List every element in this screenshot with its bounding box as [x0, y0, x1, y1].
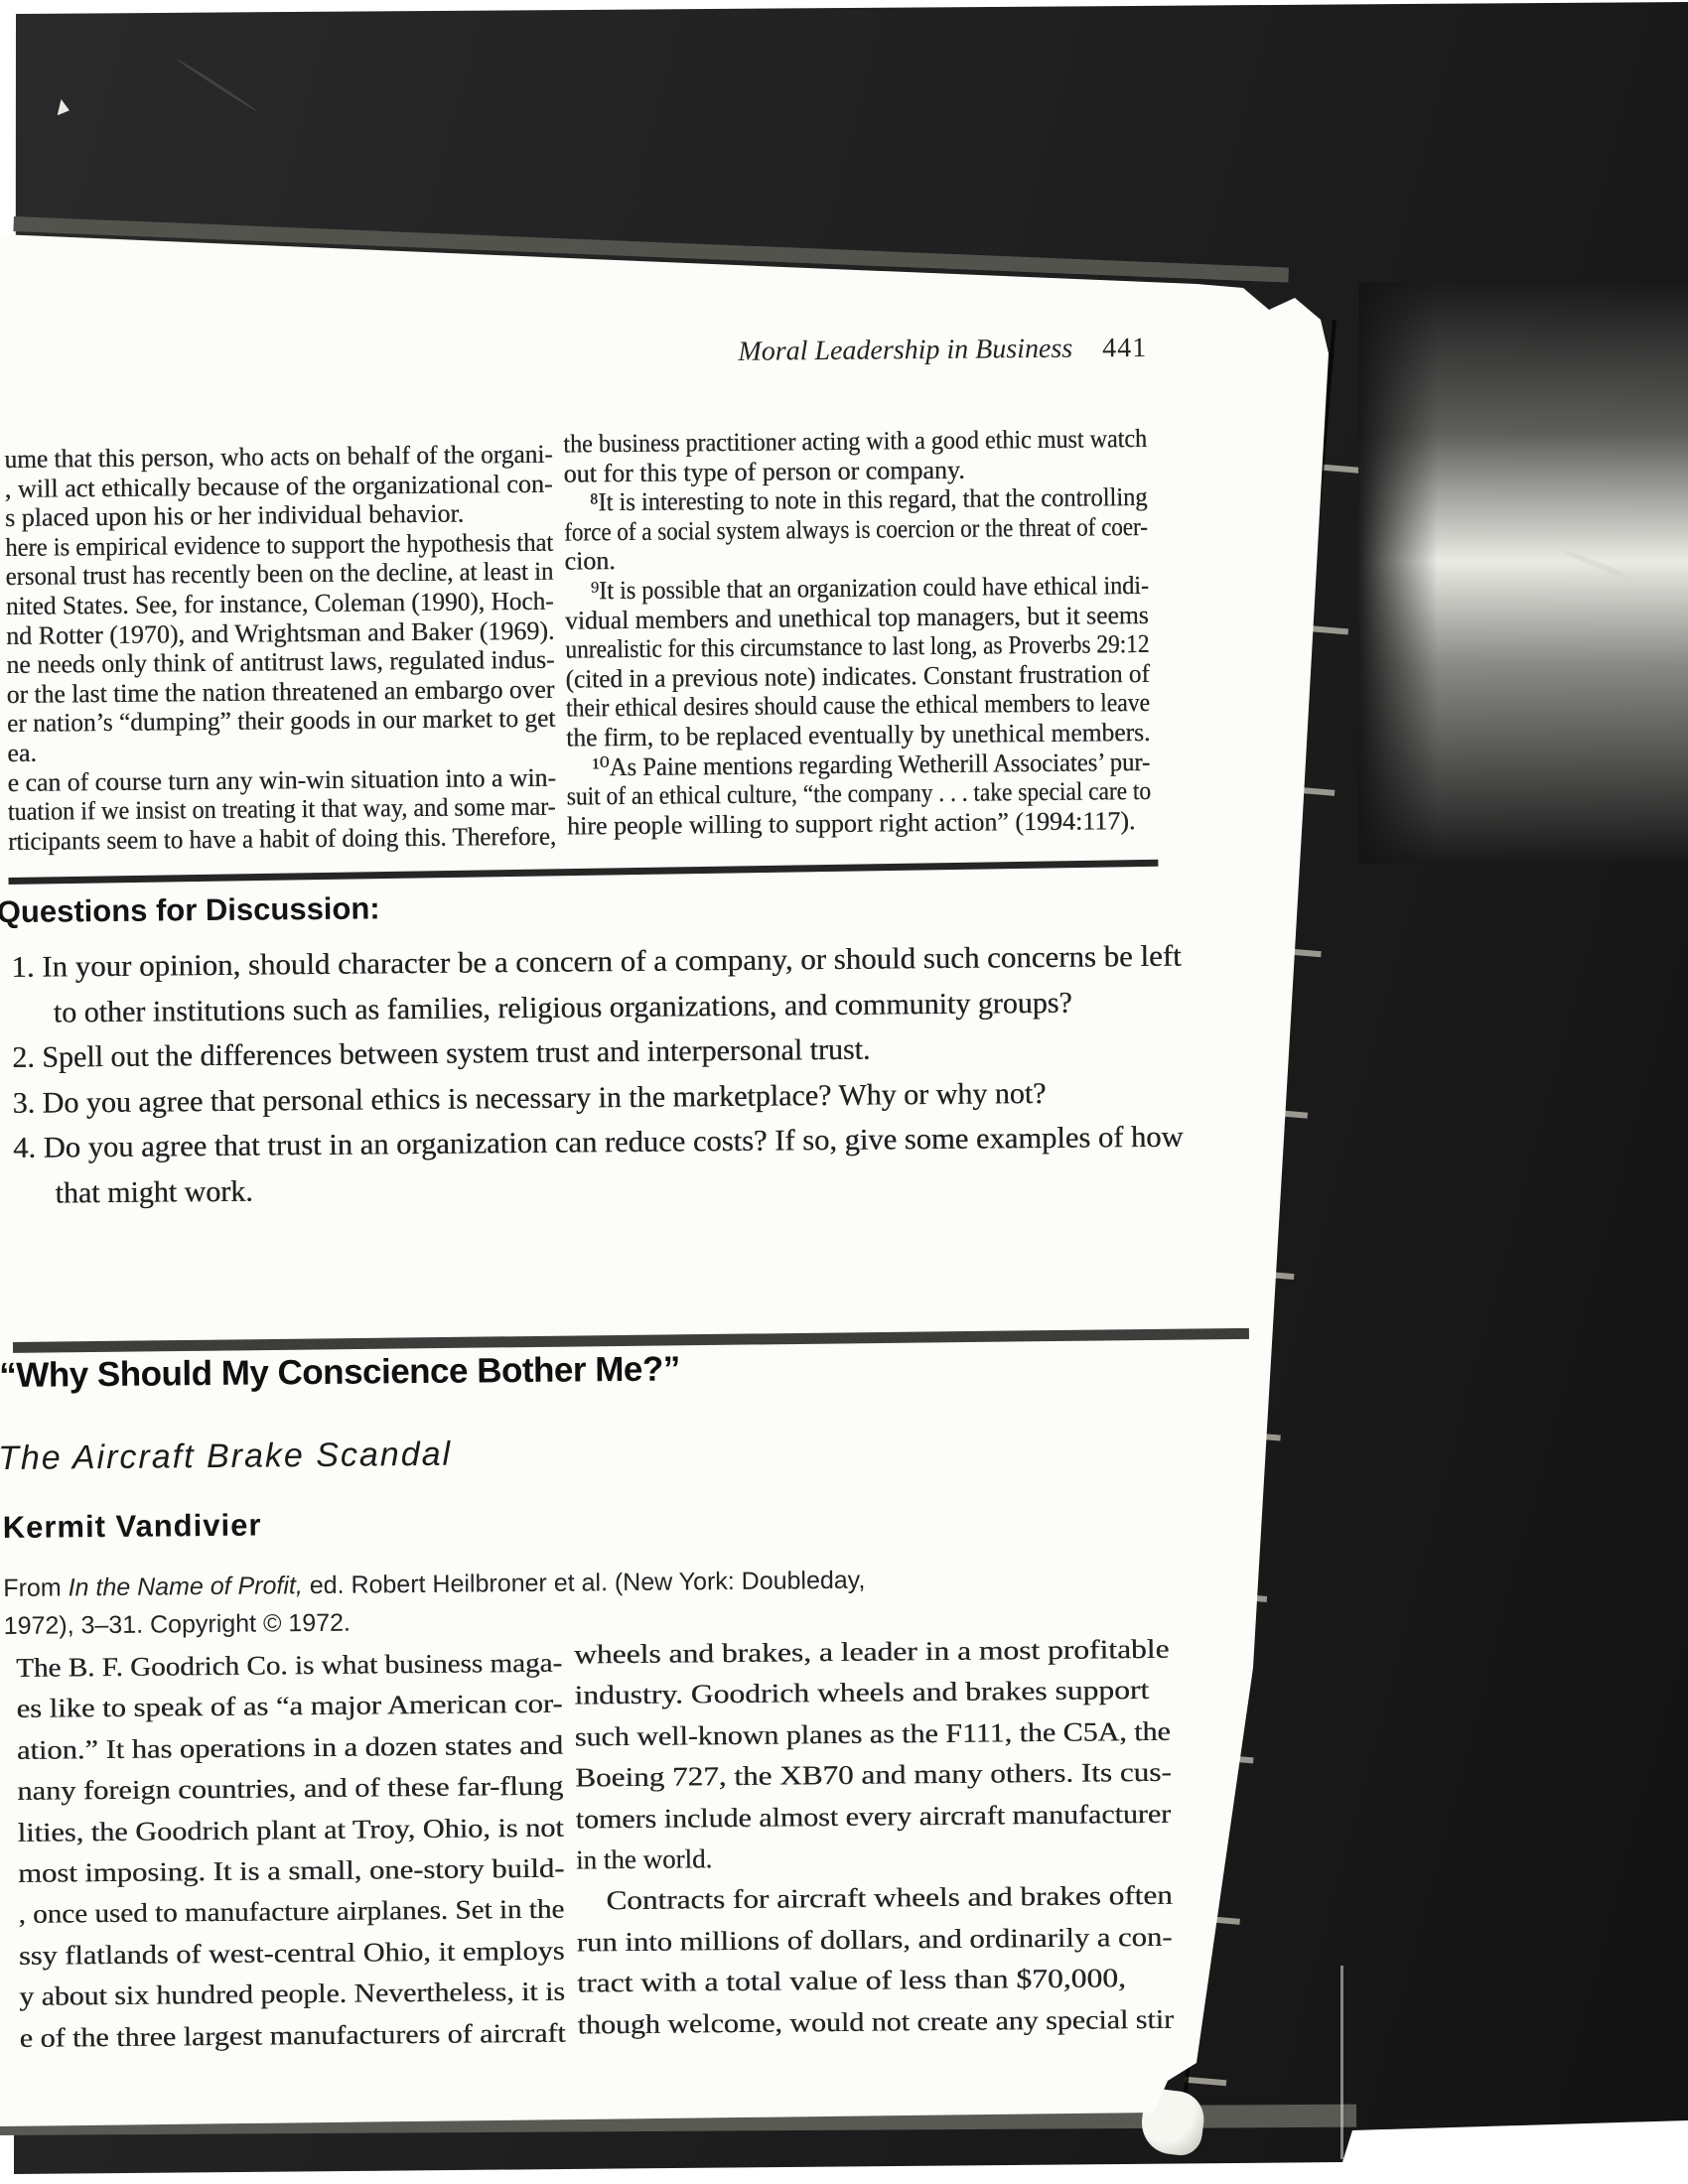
text-line: , will act ethically because of the orga… [5, 469, 553, 503]
scanned-book-page: Moral Leadership in Business441 ume that… [0, 0, 1688, 2184]
text-line: ssy flatlands of west-central Ohio, it e… [19, 1930, 565, 1977]
body-column-left: The B. F. Goodrich Co. is what business … [16, 1643, 566, 2059]
text-line: rticipants seem to have a habit of doing… [8, 821, 556, 856]
article-author: Kermit Vandivier [3, 1508, 262, 1547]
text-line: force of a social system always is coerc… [564, 512, 1148, 547]
section-rule [8, 860, 1158, 885]
text-line: , once used to manufacture airplanes. Se… [18, 1889, 564, 1936]
text-line: though welcome, would not create any spe… [577, 1998, 1173, 2045]
text-line: hire people willing to support right act… [567, 806, 1151, 841]
text-line: Boeing 727, the XB70 and many others. It… [575, 1752, 1171, 1799]
running-head-title: Moral Leadership in Business [738, 334, 1072, 367]
page-number: 441 [1102, 333, 1147, 363]
source-post: ed. Robert Heilbroner et al. (New York: … [303, 1567, 866, 1599]
text-line: Contracts for aircraft wheels and brakes… [576, 1875, 1172, 1922]
text-line: e of the three largest manufacturers of … [20, 2012, 566, 2059]
source-title: In the Name of Profit, [69, 1571, 303, 1601]
text-line: industry. Goodrich wheels and brakes sup… [574, 1670, 1170, 1716]
article-subtitle: The Aircraft Brake Scandal [0, 1435, 452, 1478]
text-line: the business practitioner acting with a … [563, 424, 1147, 459]
text-line: in the world. [576, 1835, 1172, 1881]
text-line: ation.” It has operations in a dozen sta… [17, 1724, 563, 1771]
page-content: Moral Leadership in Business441 ume that… [0, 0, 1688, 2184]
questions-list: 1. In your opinion, should character be … [11, 934, 1184, 1216]
footnote-column-right: the business practitioner acting with a … [563, 424, 1151, 841]
text-line: y about six hundred people. Nevertheless… [19, 1972, 565, 2018]
text-line: The B. F. Goodrich Co. is what business … [16, 1643, 562, 1690]
running-head: Moral Leadership in Business441 [738, 333, 1147, 368]
article-title: “Why Should My Conscience Bother Me?” [0, 1349, 680, 1396]
text-line: most imposing. It is a small, one-story … [18, 1848, 564, 1895]
footnote-column-left: ume that this person, who acts on behalf… [4, 440, 556, 857]
text-line: es like to speak of as “a major American… [16, 1684, 562, 1730]
text-line: wheels and brakes, a leader in a most pr… [574, 1629, 1170, 1676]
source-pre: From [3, 1573, 69, 1602]
text-line: lities, the Goodrich plant at Troy, Ohio… [18, 1807, 564, 1853]
text-line: nany foreign countries, and of these far… [17, 1766, 563, 1813]
questions-heading: Questions for Discussion: [0, 890, 380, 930]
text-line: such well-known planes as the F111, the … [575, 1711, 1171, 1758]
text-line: tomers include almost every aircraft man… [575, 1793, 1171, 1840]
text-line: tract with a total value of less than $7… [577, 1958, 1173, 2004]
text-line: run into millions of dollars, and ordina… [577, 1917, 1173, 1964]
text-line: er nation’s “dumping” their goods in our… [7, 704, 555, 739]
body-column-right: wheels and brakes, a leader in a most pr… [574, 1629, 1174, 2046]
